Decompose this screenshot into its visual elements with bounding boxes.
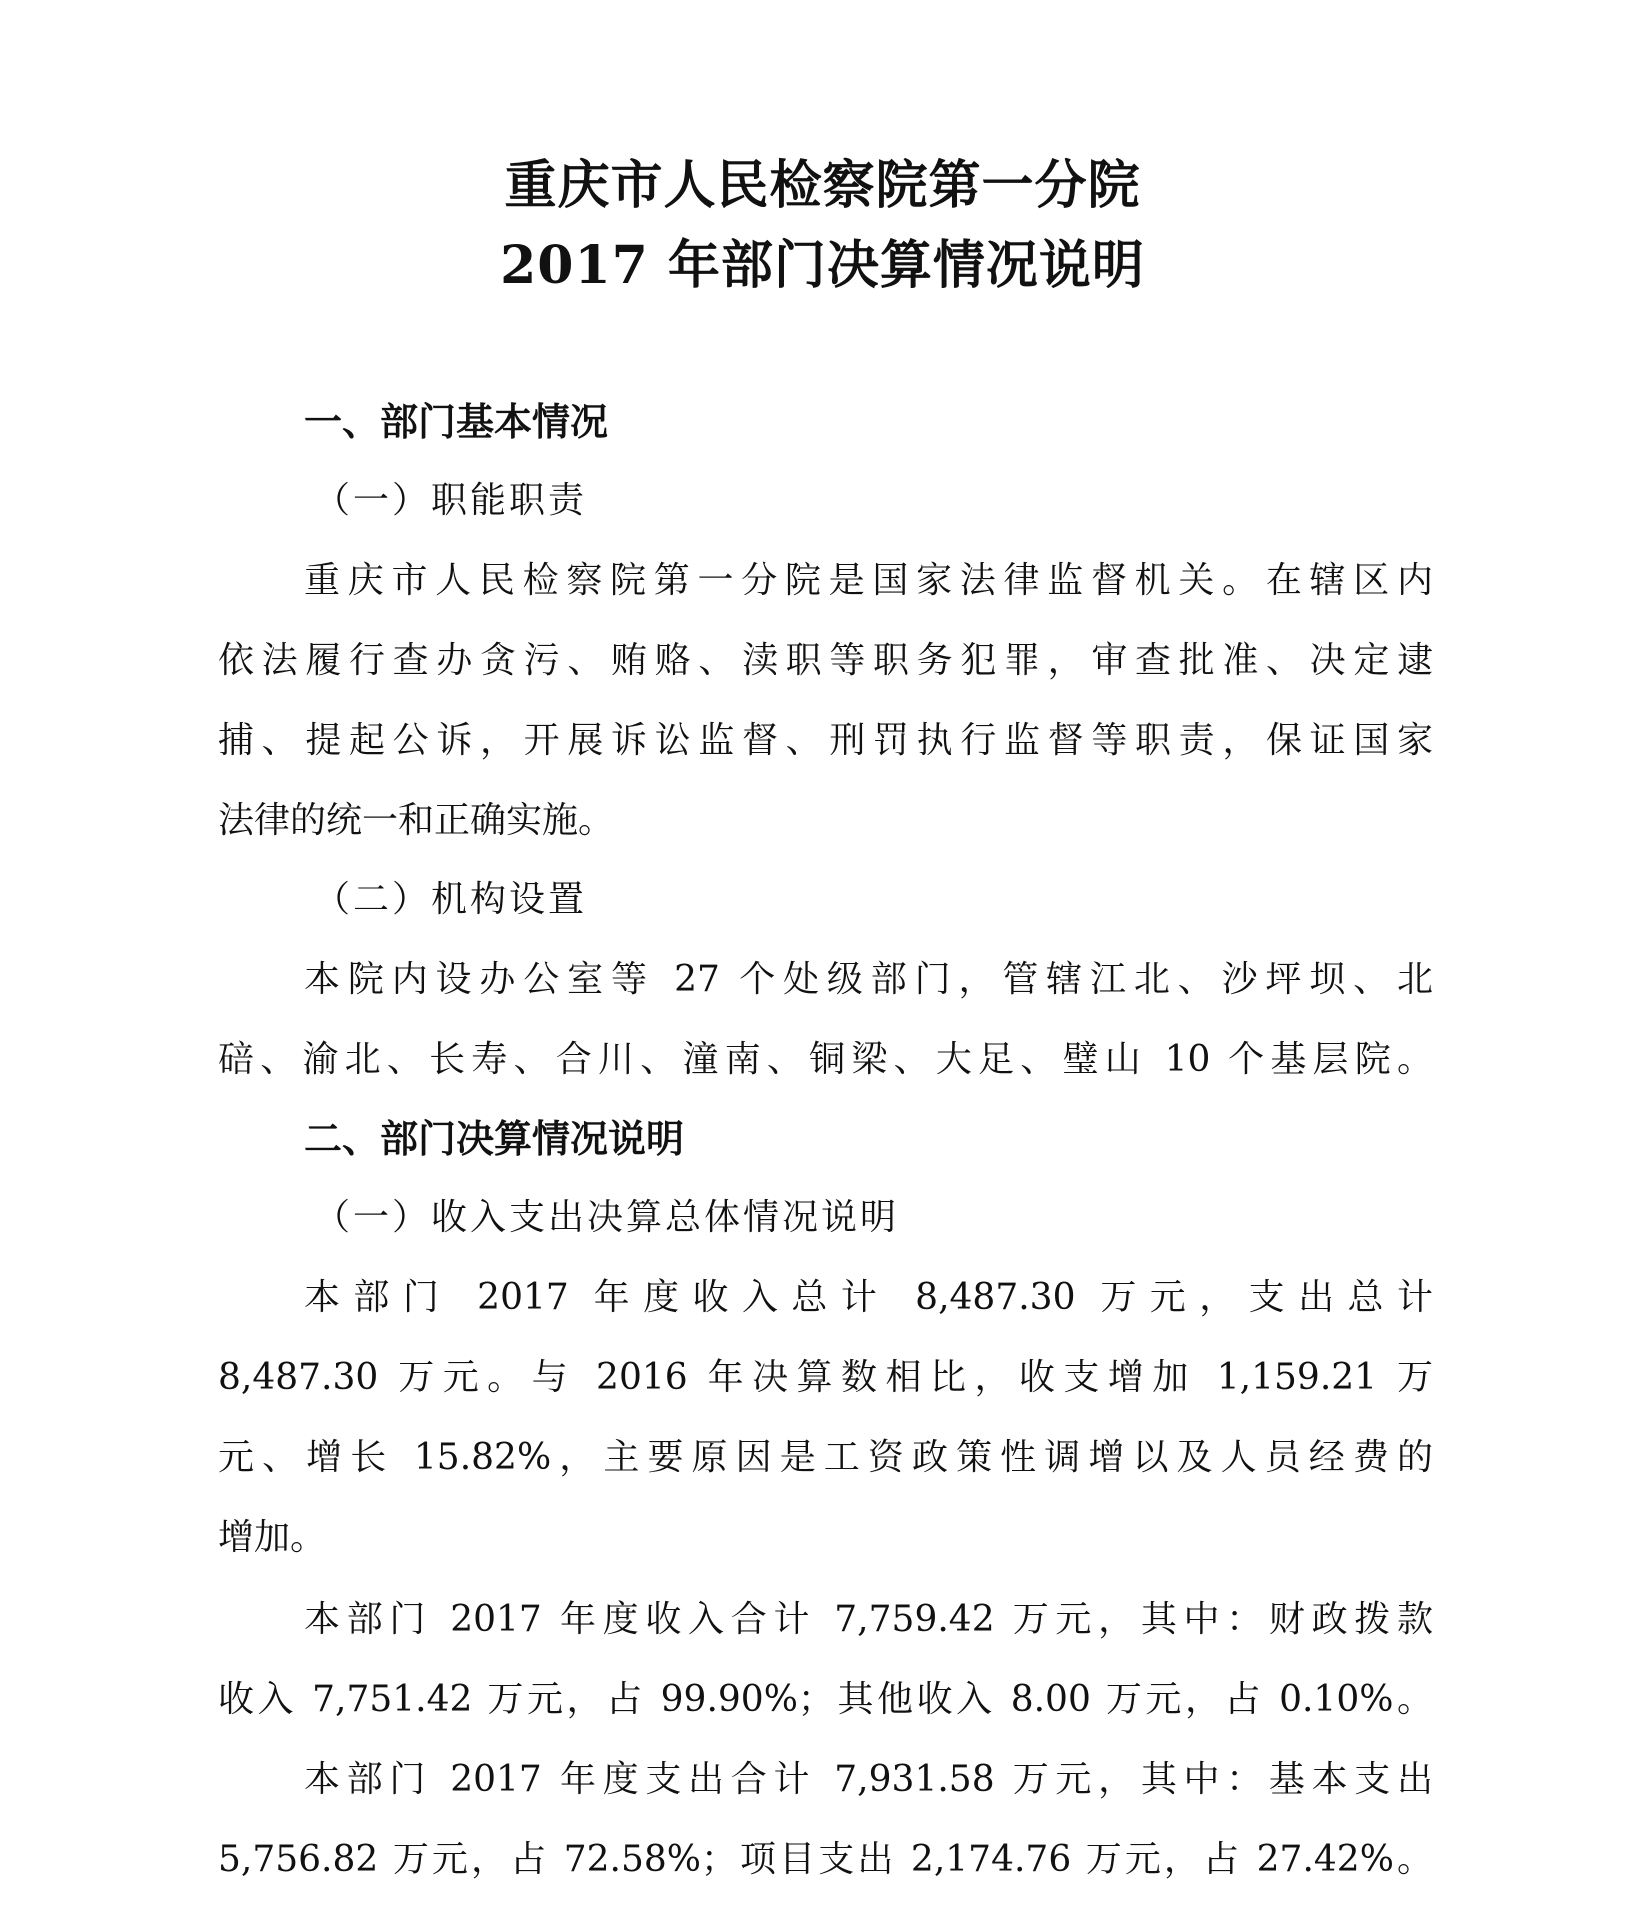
paragraph-line: 本部门 2017 年度收入合计 7,759.42 万元，其中：财政拨款: [304, 1580, 1433, 1660]
paragraph-line: 碚、渝北、长寿、合川、潼南、铜梁、大足、璧山 10 个基层院。: [218, 1020, 1433, 1100]
document-page: 重庆市人民检察院第一分院 2017 年部门决算情况说明 一、部门基本情况 （一）…: [0, 0, 1645, 1907]
paragraph-line: 法律的统一和正确实施。: [218, 781, 1433, 861]
paragraph-line: 重庆市人民检察院第一分院是国家法律监督机关。在辖区内: [304, 541, 1433, 621]
paragraph-line: 元、增长 15.82%，主要原因是工资政策性调增以及人员经费的: [218, 1418, 1433, 1498]
paragraph-line: 5,756.82 万元，占 72.58%；项目支出 2,174.76 万元，占 …: [218, 1820, 1433, 1900]
paragraph-line: 收入 7,751.42 万元，占 99.90%；其他收入 8.00 万元，占 0…: [218, 1660, 1433, 1740]
paragraph-line: 8,487.30 万元。与 2016 年决算数相比，收支增加 1,159.21 …: [218, 1338, 1433, 1418]
paragraph-line: 依法履行查办贪污、贿赂、渎职等职务犯罪，审查批准、决定逮: [218, 621, 1433, 701]
paragraph-line: 本院内设办公室等 27 个处级部门，管辖江北、沙坪坝、北: [304, 940, 1433, 1020]
paragraph-line: 捕、提起公诉，开展诉讼监督、刑罚执行监督等职责，保证国家: [218, 701, 1433, 781]
paragraph-line: 增加。: [218, 1498, 1433, 1578]
section2-sub1-heading: （一）收入支出决算总体情况说明: [314, 1178, 899, 1258]
section1-heading: 一、部门基本情况: [304, 382, 608, 462]
section2-heading: 二、部门决算情况说明: [304, 1099, 684, 1179]
section1-sub2-heading: （二）机构设置: [314, 860, 587, 940]
paragraph-line: 本部门 2017 年度支出合计 7,931.58 万元，其中：基本支出: [304, 1740, 1433, 1820]
paragraph-line: 本部门 2017 年度收入总计 8,487.30 万元，支出总计: [304, 1258, 1433, 1338]
section1-sub1-heading: （一）职能职责: [314, 461, 587, 541]
document-title-line1: 重庆市人民检察院第一分院: [0, 146, 1645, 226]
document-title-line2: 2017 年部门决算情况说明: [0, 226, 1645, 306]
